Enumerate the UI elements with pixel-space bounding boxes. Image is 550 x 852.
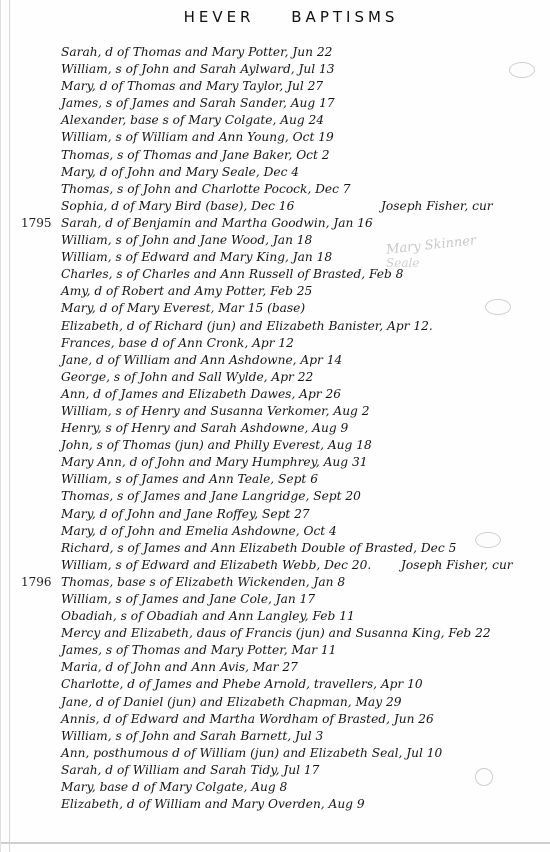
baptism-entry: William, s of James and Ann Teale, Sept … bbox=[1, 471, 550, 488]
entry-text: Mary, d of John and Jane Roffey, Sept 27 bbox=[61, 506, 310, 523]
entry-text: Maria, d of John and Ann Avis, Mar 27 bbox=[61, 659, 298, 676]
baptism-entry: Mercy and Elizabeth, daus of Francis (ju… bbox=[1, 625, 550, 642]
entry-text: Henry, s of Henry and Sarah Ashdowne, Au… bbox=[61, 420, 348, 437]
entry-text: William, s of John and Sarah Aylward, Ju… bbox=[61, 61, 335, 78]
baptism-entry: Maria, d of John and Ann Avis, Mar 27 bbox=[1, 659, 550, 676]
baptism-entry: George, s of John and Sall Wylde, Apr 22 bbox=[1, 369, 550, 386]
entry-text: James, s of James and Sarah Sander, Aug … bbox=[61, 95, 335, 112]
entry-text: Thomas, s of Thomas and Jane Baker, Oct … bbox=[61, 147, 330, 164]
baptism-entry: Alexander, base s of Mary Colgate, Aug 2… bbox=[1, 112, 550, 129]
year-marker: 1796 bbox=[21, 574, 52, 591]
entry-text: William, s of William and Ann Young, Oct… bbox=[61, 129, 334, 146]
baptism-entry: Elizabeth, d of Richard (jun) and Elizab… bbox=[1, 318, 550, 335]
baptism-entry: Elizabeth, d of William and Mary Overden… bbox=[1, 796, 550, 813]
baptism-entry: Charles, s of Charles and Ann Russell of… bbox=[1, 266, 550, 283]
baptism-entry: Richard, s of James and Ann Elizabeth Do… bbox=[1, 540, 550, 557]
baptism-entry: John, s of Thomas (jun) and Philly Evere… bbox=[1, 437, 550, 454]
entry-text: William, s of John and Jane Wood, Jan 18 bbox=[61, 232, 312, 249]
entry-text: Mary, d of John and Mary Seale, Dec 4 bbox=[61, 164, 299, 181]
entry-text: Alexander, base s of Mary Colgate, Aug 2… bbox=[61, 112, 324, 129]
baptism-entry: Thomas, s of John and Charlotte Pocock, … bbox=[1, 181, 550, 198]
entry-text: Sarah, d of Thomas and Mary Potter, Jun … bbox=[61, 44, 332, 61]
year-marker: 1795 bbox=[21, 215, 52, 232]
entry-text: James, s of Thomas and Mary Potter, Mar … bbox=[61, 642, 336, 659]
entry-text: Mary, d of John and Emelia Ashdowne, Oct… bbox=[61, 523, 337, 540]
baptism-entry: William, s of John and Sarah Aylward, Ju… bbox=[1, 61, 550, 78]
entry-text: John, s of Thomas (jun) and Philly Evere… bbox=[61, 437, 372, 454]
entry-text: George, s of John and Sall Wylde, Apr 22 bbox=[61, 369, 313, 386]
entry-text: William, s of Edward and Elizabeth Webb,… bbox=[61, 557, 371, 574]
curate-signature: Joseph Fisher, cur bbox=[381, 198, 493, 215]
baptism-entry: James, s of James and Sarah Sander, Aug … bbox=[1, 95, 550, 112]
baptism-entry: James, s of Thomas and Mary Potter, Mar … bbox=[1, 642, 550, 659]
baptism-entry: Sarah, d of Thomas and Mary Potter, Jun … bbox=[1, 44, 550, 61]
entry-text: Ann, d of James and Elizabeth Dawes, Apr… bbox=[61, 386, 341, 403]
entry-text: William, s of Edward and Mary King, Jan … bbox=[61, 249, 332, 266]
baptism-entry: William, s of John and Sarah Barnett, Ju… bbox=[1, 728, 550, 745]
entry-text: Mary, d of Thomas and Mary Taylor, Jul 2… bbox=[61, 78, 323, 95]
title-word: HEVER bbox=[184, 8, 255, 26]
baptism-entry: William, s of Henry and Susanna Verkomer… bbox=[1, 403, 550, 420]
baptism-entry: Jane, d of Daniel (jun) and Elizabeth Ch… bbox=[1, 694, 550, 711]
baptism-entry: Jane, d of William and Ann Ashdowne, Apr… bbox=[1, 352, 550, 369]
entry-text: Thomas, s of James and Jane Langridge, S… bbox=[61, 488, 361, 505]
baptism-entry: Charlotte, d of James and Phebe Arnold, … bbox=[1, 676, 550, 693]
entry-text: Sarah, d of William and Sarah Tidy, Jul … bbox=[61, 762, 319, 779]
baptism-entry: Mary, d of John and Jane Roffey, Sept 27 bbox=[1, 506, 550, 523]
entry-text: Sarah, d of Benjamin and Martha Goodwin,… bbox=[61, 215, 373, 232]
baptism-entry: Mary, d of Mary Everest, Mar 15 (base) bbox=[1, 300, 550, 317]
baptism-entry: Mary, d of John and Emelia Ashdowne, Oct… bbox=[1, 523, 550, 540]
entry-text: Mary, d of Mary Everest, Mar 15 (base) bbox=[61, 300, 305, 317]
baptism-entry: Ann, d of James and Elizabeth Dawes, Apr… bbox=[1, 386, 550, 403]
baptism-entry: William, s of William and Ann Young, Oct… bbox=[1, 129, 550, 146]
baptism-entry: William, s of Edward and Elizabeth Webb,… bbox=[1, 557, 550, 574]
baptism-entries: Sarah, d of Thomas and Mary Potter, Jun … bbox=[1, 44, 550, 813]
baptism-entry: William, s of John and Jane Wood, Jan 18 bbox=[1, 232, 550, 249]
baptism-entry: William, s of James and Jane Cole, Jan 1… bbox=[1, 591, 550, 608]
baptism-entry: Mary, d of Thomas and Mary Taylor, Jul 2… bbox=[1, 78, 550, 95]
entry-text: Frances, base d of Ann Cronk, Apr 12 bbox=[61, 335, 294, 352]
entry-text: Jane, d of William and Ann Ashdowne, Apr… bbox=[61, 352, 342, 369]
page-edge bbox=[1, 842, 550, 844]
entry-text: Elizabeth, d of William and Mary Overden… bbox=[61, 796, 365, 813]
document-page: Mary Skinner Seale HEVER BAPTISMS Sarah,… bbox=[0, 0, 550, 852]
baptism-entry: 1796Thomas, base s of Elizabeth Wickende… bbox=[1, 574, 550, 591]
entry-text: Mary Ann, d of John and Mary Humphrey, A… bbox=[61, 454, 367, 471]
baptism-entry: Sophia, d of Mary Bird (base), Dec 16Jos… bbox=[1, 198, 550, 215]
title-word: BAPTISMS bbox=[291, 8, 398, 26]
entry-text: William, s of John and Sarah Barnett, Ju… bbox=[61, 728, 323, 745]
curate-signature: Joseph Fisher, cur bbox=[401, 557, 513, 574]
baptism-entry: 1795Sarah, d of Benjamin and Martha Good… bbox=[1, 215, 550, 232]
baptism-entry: Thomas, s of James and Jane Langridge, S… bbox=[1, 488, 550, 505]
baptism-entry: Thomas, s of Thomas and Jane Baker, Oct … bbox=[1, 147, 550, 164]
entry-text: Mercy and Elizabeth, daus of Francis (ju… bbox=[61, 625, 491, 642]
baptism-entry: Amy, d of Robert and Amy Potter, Feb 25 bbox=[1, 283, 550, 300]
page-title: HEVER BAPTISMS bbox=[1, 8, 550, 26]
baptism-entry: Annis, d of Edward and Martha Wordham of… bbox=[1, 711, 550, 728]
entry-text: Obadiah, s of Obadiah and Ann Langley, F… bbox=[61, 608, 355, 625]
entry-text: Amy, d of Robert and Amy Potter, Feb 25 bbox=[61, 283, 312, 300]
entry-text: Thomas, base s of Elizabeth Wickenden, J… bbox=[61, 574, 345, 591]
baptism-entry: Sarah, d of William and Sarah Tidy, Jul … bbox=[1, 762, 550, 779]
entry-text: William, s of Henry and Susanna Verkomer… bbox=[61, 403, 369, 420]
baptism-entry: William, s of Edward and Mary King, Jan … bbox=[1, 249, 550, 266]
entry-text: Elizabeth, d of Richard (jun) and Elizab… bbox=[61, 318, 433, 335]
entry-text: William, s of James and Jane Cole, Jan 1… bbox=[61, 591, 315, 608]
baptism-entry: Obadiah, s of Obadiah and Ann Langley, F… bbox=[1, 608, 550, 625]
entry-text: Jane, d of Daniel (jun) and Elizabeth Ch… bbox=[61, 694, 401, 711]
entry-text: Mary, base d of Mary Colgate, Aug 8 bbox=[61, 779, 287, 796]
baptism-entry: Mary, base d of Mary Colgate, Aug 8 bbox=[1, 779, 550, 796]
entry-text: William, s of James and Ann Teale, Sept … bbox=[61, 471, 318, 488]
baptism-entry: Frances, base d of Ann Cronk, Apr 12 bbox=[1, 335, 550, 352]
entry-text: Richard, s of James and Ann Elizabeth Do… bbox=[61, 540, 456, 557]
baptism-entry: Ann, posthumous d of William (jun) and E… bbox=[1, 745, 550, 762]
baptism-entry: Mary, d of John and Mary Seale, Dec 4 bbox=[1, 164, 550, 181]
entry-text: Thomas, s of John and Charlotte Pocock, … bbox=[61, 181, 351, 198]
entry-text: Charlotte, d of James and Phebe Arnold, … bbox=[61, 676, 423, 693]
baptism-entry: Henry, s of Henry and Sarah Ashdowne, Au… bbox=[1, 420, 550, 437]
entry-text: Annis, d of Edward and Martha Wordham of… bbox=[61, 711, 434, 728]
entry-text: Charles, s of Charles and Ann Russell of… bbox=[61, 266, 403, 283]
entry-text: Sophia, d of Mary Bird (base), Dec 16 bbox=[61, 198, 294, 215]
baptism-entry: Mary Ann, d of John and Mary Humphrey, A… bbox=[1, 454, 550, 471]
entry-text: Ann, posthumous d of William (jun) and E… bbox=[61, 745, 442, 762]
